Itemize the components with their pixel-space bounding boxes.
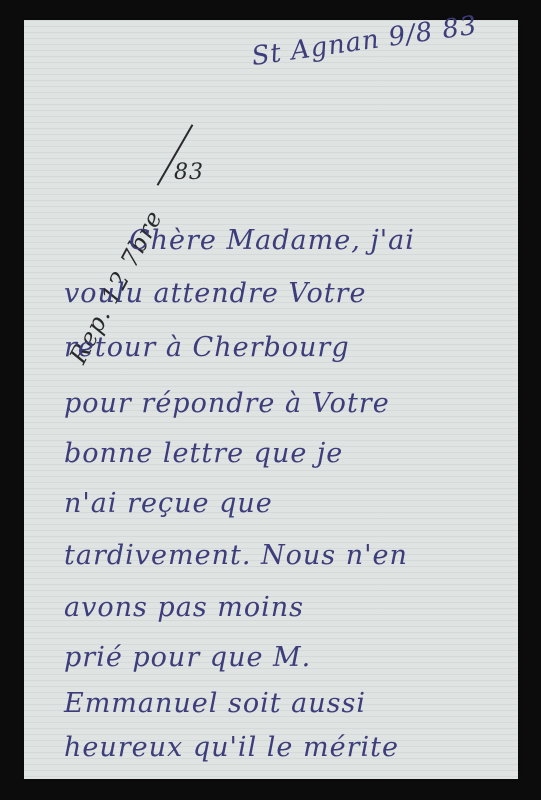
body-line: n'ai reçue que [64, 488, 273, 519]
annotation-year: 83 [174, 160, 204, 185]
body-line: heureux qu'il le mérite [64, 732, 399, 763]
letter-paper: St Agnan 9/8 83 Rep. 12 7bre 83 Chère Ma… [24, 20, 518, 779]
body-line: pour répondre à Votre [64, 388, 390, 419]
body-line: prié pour que M. [64, 642, 311, 673]
place-date-line: St Agnan 9/8 83 [250, 11, 479, 72]
body-line: Chère Madame, j'ai [129, 225, 415, 256]
body-line: avons pas moins [64, 592, 304, 623]
body-line: Emmanuel soit aussi [64, 688, 366, 719]
body-line: tardivement. Nous n'en [64, 540, 408, 571]
body-line: retour à Cherbourg [64, 332, 350, 363]
body-line: voulu attendre Votre [64, 278, 366, 309]
body-line: bonne lettre que je [64, 438, 343, 469]
